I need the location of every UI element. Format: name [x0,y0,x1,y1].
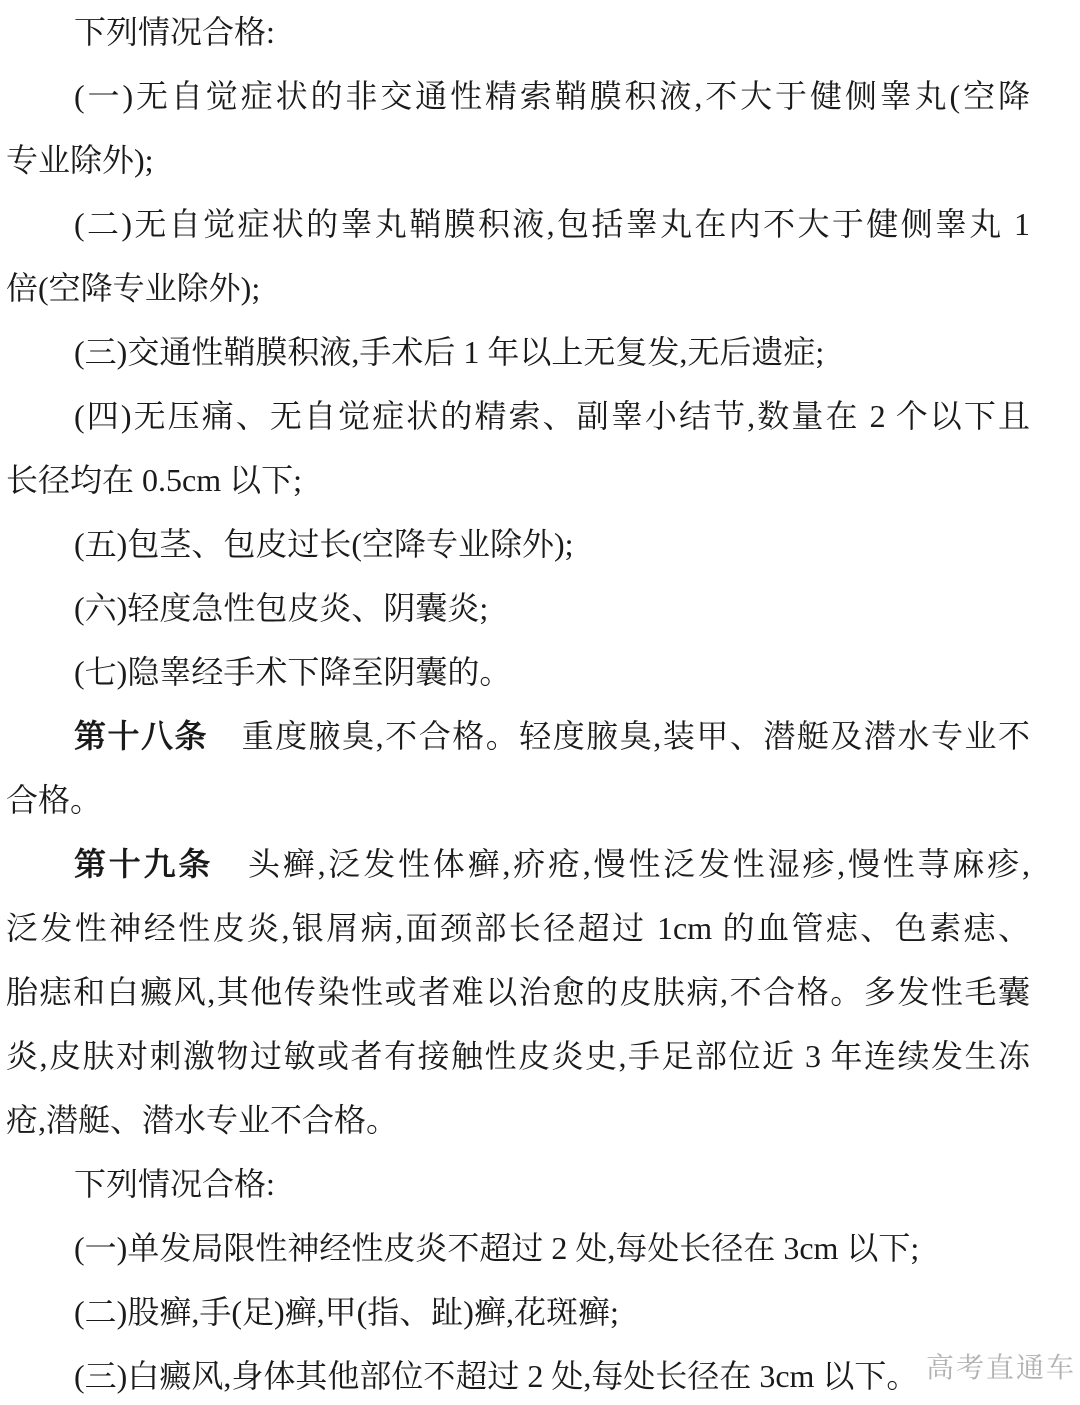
article-number: 第十九条 [74,846,213,882]
document-line: (六)轻度急性包皮炎、阴囊炎; [6,576,1030,640]
document-line: 下列情况合格: [6,0,1030,64]
document-line: (一)无自觉症状的非交通性精索鞘膜积液,不大于健侧睾丸(空降 [6,64,1030,128]
document-line: 胎痣和白癜风,其他传染性或者难以治愈的皮肤病,不合格。多发性毛囊 [6,960,1030,1024]
document-line: 倍(空降专业除外); [6,256,1030,320]
document-line: 专业除外); [6,128,1030,192]
document-line: 下列情况合格: [6,1152,1030,1216]
watermark: 高考直通车 [926,1346,1076,1386]
document-line: 长径均在 0.5cm 以下; [6,448,1030,512]
document-line: (二)股癣,手(足)癣,甲(指、趾)癣,花斑癣; [6,1280,1030,1344]
document-line: (一)单发局限性神经性皮炎不超过 2 处,每处长径在 3cm 以下; [6,1216,1030,1280]
document-line: 合格。 [6,768,1030,832]
document-line: (五)包茎、包皮过长(空降专业除外); [6,512,1030,576]
article-number: 第十八条 [74,718,208,754]
document-line: 泛发性神经性皮炎,银屑病,面颈部长径超过 1cm 的血管痣、色素痣、 [6,896,1030,960]
document-body: 下列情况合格:(一)无自觉症状的非交通性精索鞘膜积液,不大于健侧睾丸(空降专业除… [0,0,1080,1405]
document-line: (三)白癜风,身体其他部位不超过 2 处,每处长径在 3cm 以下。 [6,1344,1030,1405]
document-line: (三)交通性鞘膜积液,手术后 1 年以上无复发,无后遗症; [6,320,1030,384]
document-line: 第十八条 重度腋臭,不合格。轻度腋臭,装甲、潜艇及潜水专业不 [6,704,1030,768]
document-line: (二)无自觉症状的睾丸鞘膜积液,包括睾丸在内不大于健侧睾丸 1 [6,192,1030,256]
document-line: 炎,皮肤对刺激物过敏或者有接触性皮炎史,手足部位近 3 年连续发生冻 [6,1024,1030,1088]
document-line: (七)隐睾经手术下降至阴囊的。 [6,640,1030,704]
document-line: 疮,潜艇、潜水专业不合格。 [6,1088,1030,1152]
document-line: (四)无压痛、无自觉症状的精索、副睾小结节,数量在 2 个以下且 [6,384,1030,448]
document-page: { "page": { "background": "#ffffff", "te… [0,0,1080,1405]
document-line: 第十九条 头癣,泛发性体癣,疥疮,慢性泛发性湿疹,慢性荨麻疹, [6,832,1030,896]
